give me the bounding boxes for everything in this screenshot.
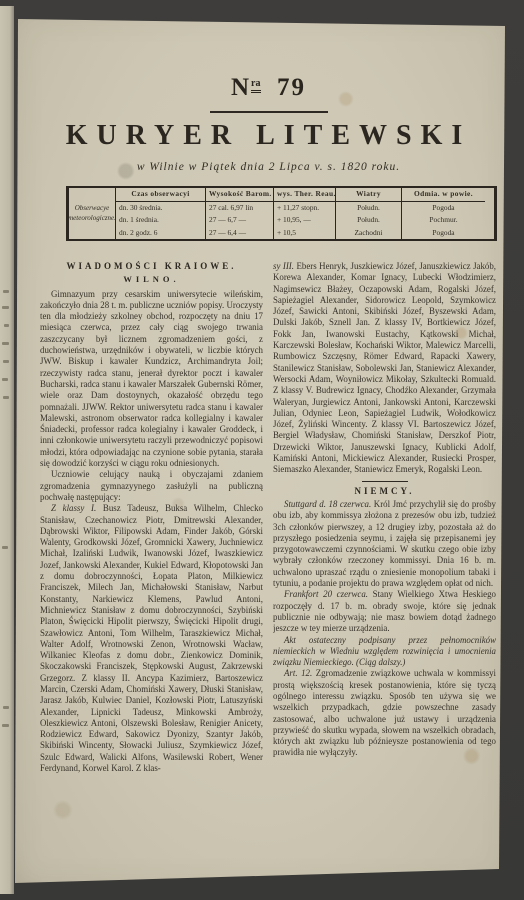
weather-cell: Pogoda (401, 227, 485, 240)
treaty-act-paragraph: Akt ostateczny podpisany przez pełnomocn… (273, 635, 496, 669)
dateline-lead: Frankfort 20 czerwca. (284, 589, 368, 599)
dateline-lead: Stuttgard d. 18 czerwca. (284, 499, 371, 509)
right-column: sy III. Ebers Henryk, Juszkiewicz Józef,… (273, 261, 496, 806)
article-paragraph: Stuttgard d. 18 czerwca. Król Jmć przych… (273, 499, 496, 589)
weather-header: Czas obserwacyi (115, 188, 205, 202)
weather-cell: Połudn. (335, 202, 401, 215)
section-divider-rule (362, 481, 408, 482)
weather-cell: Pogoda (401, 202, 485, 215)
weather-cell: Zachodni (335, 227, 401, 240)
weather-cell: + 10,5 (273, 227, 335, 240)
weather-cell: dn. 1 średnia. (115, 214, 205, 227)
student-class-list: Z klassy I. Busz Tadeusz, Buksa Wilhelm,… (40, 503, 263, 774)
weather-header: Wiatry (335, 188, 401, 202)
masthead-rule (210, 111, 328, 113)
article-paragraph: Frankfort 20 czerwca. Stany Wielkiego Xt… (273, 589, 496, 634)
section-title-germany: NIEMCY. (273, 486, 496, 497)
dateline: w Wilnie w Piątek dnia 2 Lipca v. s. 182… (40, 161, 497, 173)
weather-table: Obserwacye meteorologiczne. Czas obserwa… (66, 186, 497, 241)
subsection-title-wilno: WILNO. (40, 274, 263, 285)
class-lead: Z klassy I. (51, 503, 96, 513)
section-title-domestic-news: WIADOMOŚCI KRAIOWE. (40, 261, 263, 272)
article-paragraph: Uczniowie celujący nauką i obyczajami zd… (40, 469, 263, 503)
weather-cell: dn. 30 średnia. (115, 202, 205, 215)
adjacent-page-edge (0, 6, 14, 894)
weather-header: wys. Ther. Reau. (273, 188, 335, 202)
weather-cell: + 11,27 stopn. (273, 202, 335, 215)
weather-side-label: Obserwacye meteorologiczne. (69, 188, 115, 239)
left-column: WIADOMOŚCI KRAIOWE. WILNO. Gimnazyum prz… (40, 261, 263, 806)
scan-background: Nra 79 KURYER LITEWSKI w Wilnie w Piątek… (0, 0, 524, 900)
weather-cell: dn. 2 godz. 6 (115, 227, 205, 240)
weather-header: Wysokość Barom. (205, 188, 273, 202)
newspaper-title: KURYER LITEWSKI (40, 120, 497, 152)
weather-cell: Pochmur. (401, 214, 485, 227)
class-lead: sy III. (273, 261, 294, 271)
student-class-list-continued: sy III. Ebers Henryk, Juszkiewicz Józef,… (273, 261, 496, 476)
weather-cell: 27 — 6,7 — (205, 214, 273, 227)
weather-cell: 27 — 6,4 — (205, 227, 273, 240)
weather-header: Odmia. w powie. (401, 188, 485, 202)
article-paragraph: Gimnazyum przy cesarskim uniwersytecie w… (40, 289, 263, 470)
weather-cell: + 10,95, — (273, 214, 335, 227)
issue-number: Nra 79 (40, 74, 497, 102)
weather-cell: 27 cal. 6,97 lin (205, 202, 273, 215)
issue-superscript: ra (251, 78, 260, 93)
issue-number-value: 79 (277, 74, 306, 101)
article-paragraph: Art. 12. Zgromadzenie związkowe uchwala … (273, 668, 496, 758)
newspaper-page: Nra 79 KURYER LITEWSKI w Wilnie w Piątek… (0, 0, 524, 900)
article-lead: Art. 12. (284, 668, 312, 678)
weather-cell: Połudn. (335, 214, 401, 227)
